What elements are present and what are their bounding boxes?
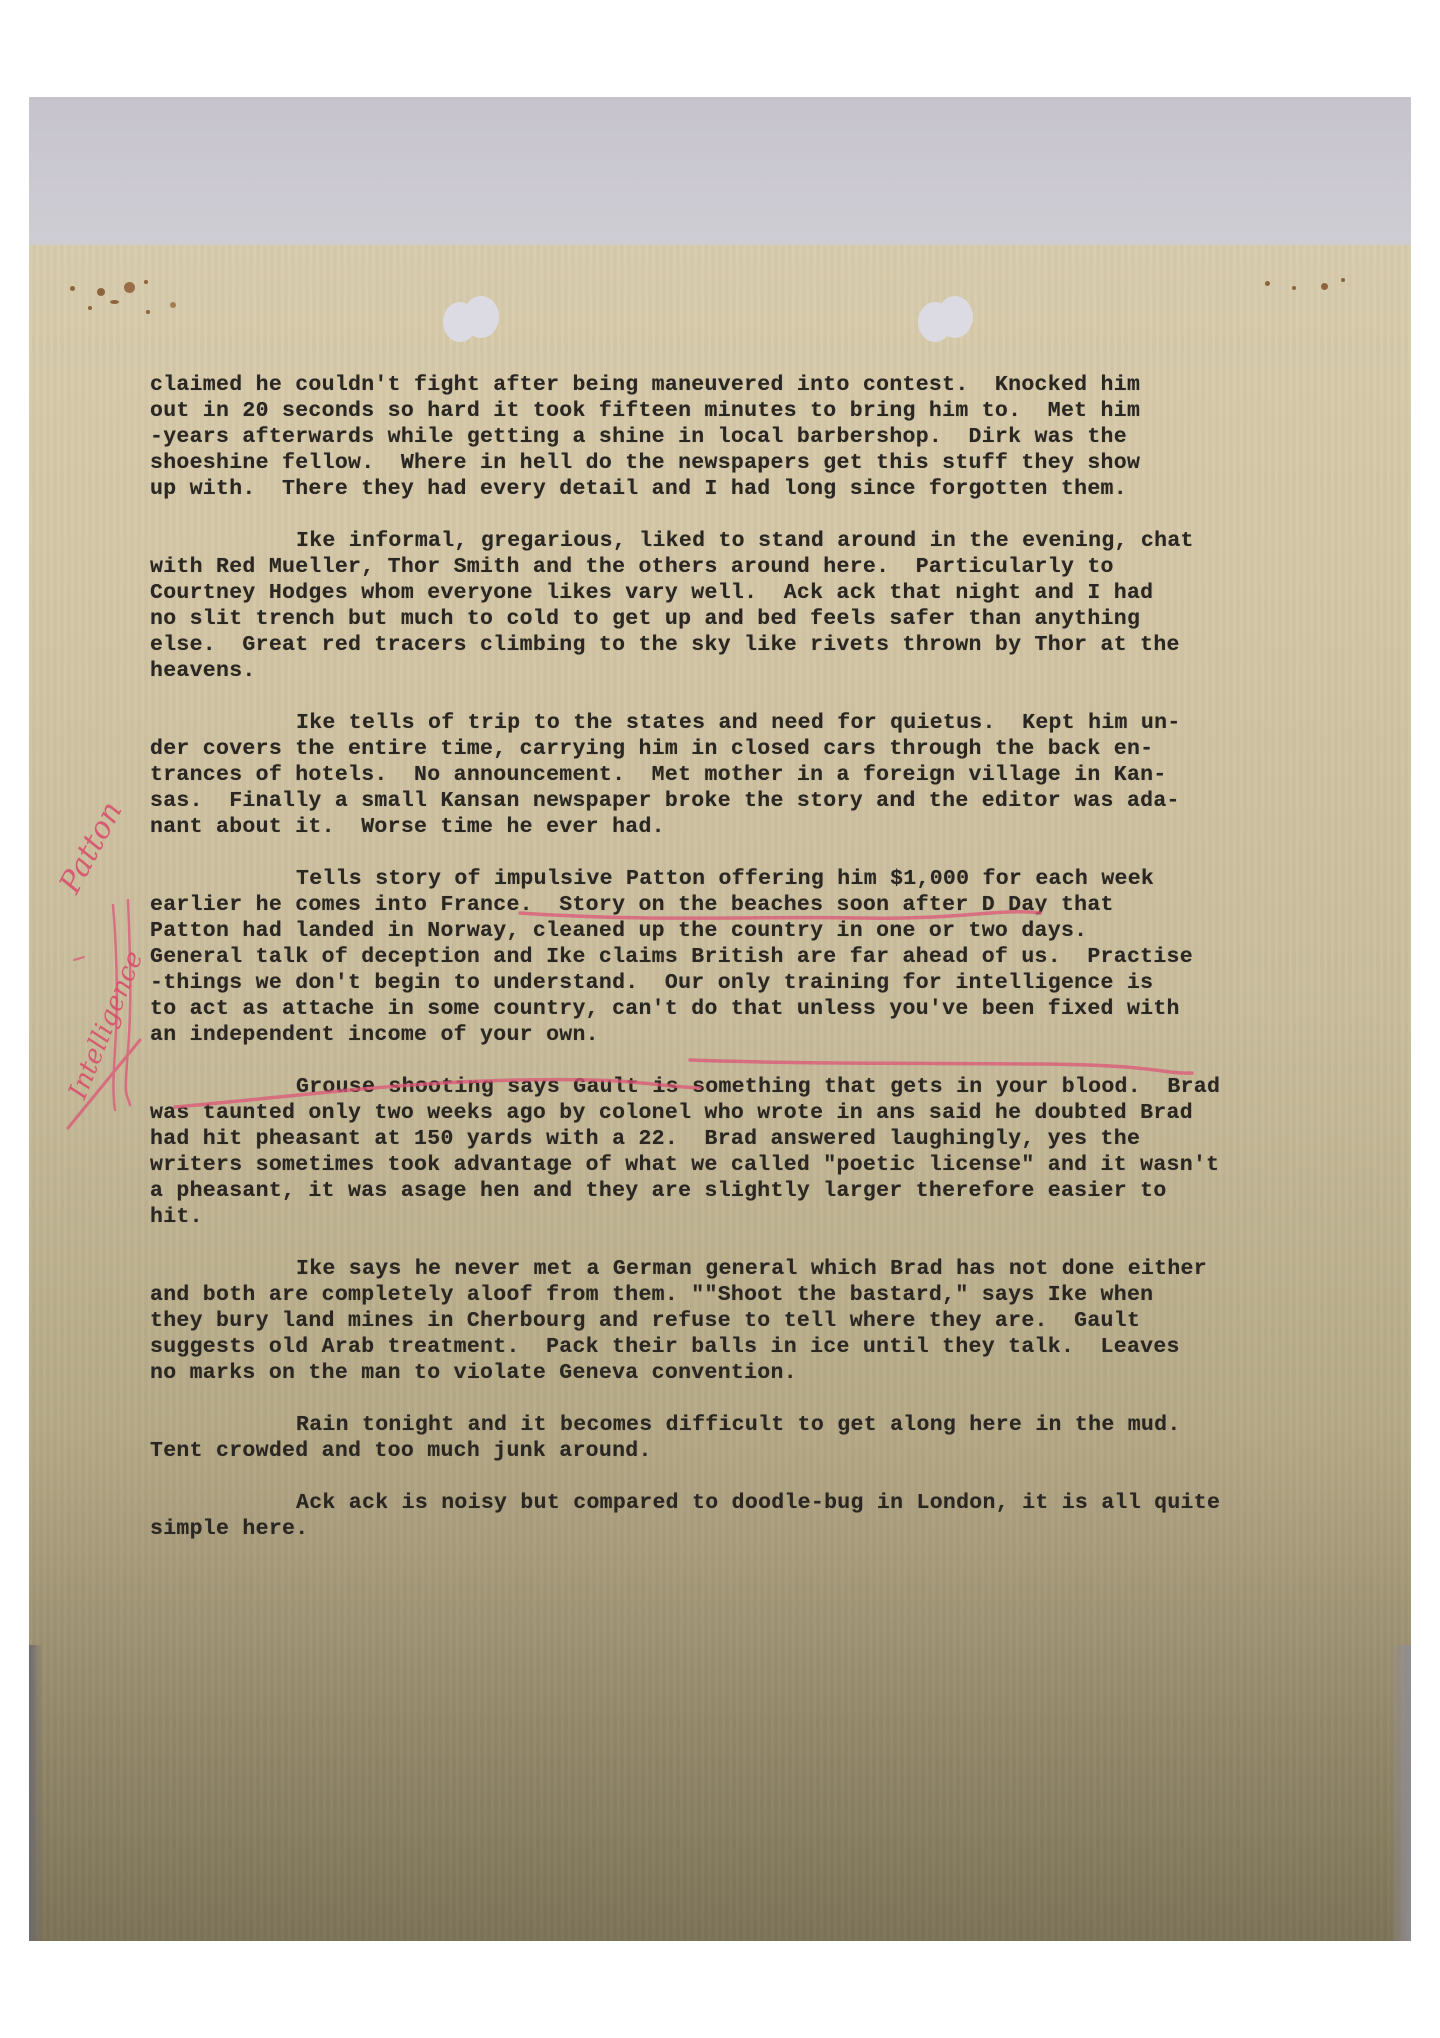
- text-line: to act as attache in some country, can't…: [150, 996, 1310, 1022]
- text-line: Tells story of impulsive Patton offering…: [150, 866, 1310, 892]
- text-line: der covers the entire time, carrying him…: [150, 736, 1310, 762]
- text-line: -years afterwards while getting a shine …: [150, 424, 1310, 450]
- text-line: claimed he couldn't fight after being ma…: [150, 372, 1310, 398]
- text-line: Courtney Hodges whom everyone likes vary…: [150, 580, 1310, 606]
- text-line: nant about it. Worse time he ever had.: [150, 814, 1310, 840]
- text-line: shoeshine fellow. Where in hell do the n…: [150, 450, 1310, 476]
- text-line: hit.: [150, 1204, 1310, 1230]
- text-line: earlier he comes into France. Story on t…: [150, 892, 1310, 918]
- text-line: had hit pheasant at 150 yards with a 22.…: [150, 1126, 1310, 1152]
- paragraph: Ike tells of trip to the states and need…: [150, 710, 1310, 840]
- text-line: Patton had landed in Norway, cleaned up …: [150, 918, 1310, 944]
- text-line: out in 20 seconds so hard it took fiftee…: [150, 398, 1310, 424]
- paper-edge-shadow: [1389, 1645, 1411, 1941]
- text-line: heavens.: [150, 658, 1310, 684]
- text-line: trances of hotels. No announcement. Met …: [150, 762, 1310, 788]
- text-line: Ike tells of trip to the states and need…: [150, 710, 1310, 736]
- document-body: claimed he couldn't fight after being ma…: [150, 372, 1310, 1568]
- punch-hole: [463, 296, 499, 338]
- text-line: Ike informal, gregarious, liked to stand…: [150, 528, 1310, 554]
- paper-edge-shadow: [29, 1645, 43, 1941]
- text-line: sas. Finally a small Kansan newspaper br…: [150, 788, 1310, 814]
- text-line: they bury land mines in Cherbourg and re…: [150, 1308, 1310, 1334]
- paragraph: Ike informal, gregarious, liked to stand…: [150, 528, 1310, 684]
- text-line: Ike says he never met a German general w…: [150, 1256, 1310, 1282]
- paragraph: Ike says he never met a German general w…: [150, 1256, 1310, 1386]
- paragraph: Grouse shooting says Gault is something …: [150, 1074, 1310, 1230]
- text-line: else. Great red tracers climbing to the …: [150, 632, 1310, 658]
- text-line: suggests old Arab treatment. Pack their …: [150, 1334, 1310, 1360]
- paragraph: Tells story of impulsive Patton offering…: [150, 866, 1310, 1048]
- paragraph: Ack ack is noisy but compared to doodle-…: [150, 1490, 1310, 1542]
- paragraph: claimed he couldn't fight after being ma…: [150, 372, 1310, 502]
- text-line: was taunted only two weeks ago by colone…: [150, 1100, 1310, 1126]
- paragraph: Rain tonight and it becomes difficult to…: [150, 1412, 1310, 1464]
- text-line: Tent crowded and too much junk around.: [150, 1438, 1310, 1464]
- scanner-backdrop: [29, 97, 1411, 245]
- text-line: writers sometimes took advantage of what…: [150, 1152, 1310, 1178]
- text-line: up with. There they had every detail and…: [150, 476, 1310, 502]
- text-line: Rain tonight and it becomes difficult to…: [150, 1412, 1310, 1438]
- text-line: -things we don't begin to understand. Ou…: [150, 970, 1310, 996]
- text-line: with Red Mueller, Thor Smith and the oth…: [150, 554, 1310, 580]
- text-line: Grouse shooting says Gault is something …: [150, 1074, 1310, 1100]
- text-line: no marks on the man to violate Geneva co…: [150, 1360, 1310, 1386]
- text-line: no slit trench but much to cold to get u…: [150, 606, 1310, 632]
- text-line: General talk of deception and Ike claims…: [150, 944, 1310, 970]
- text-line: Ack ack is noisy but compared to doodle-…: [150, 1490, 1310, 1516]
- text-line: simple here.: [150, 1516, 1310, 1542]
- text-line: a pheasant, it was asage hen and they ar…: [150, 1178, 1310, 1204]
- text-line: and both are completely aloof from them.…: [150, 1282, 1310, 1308]
- punch-hole: [937, 296, 973, 338]
- text-line: an independent income of your own.: [150, 1022, 1310, 1048]
